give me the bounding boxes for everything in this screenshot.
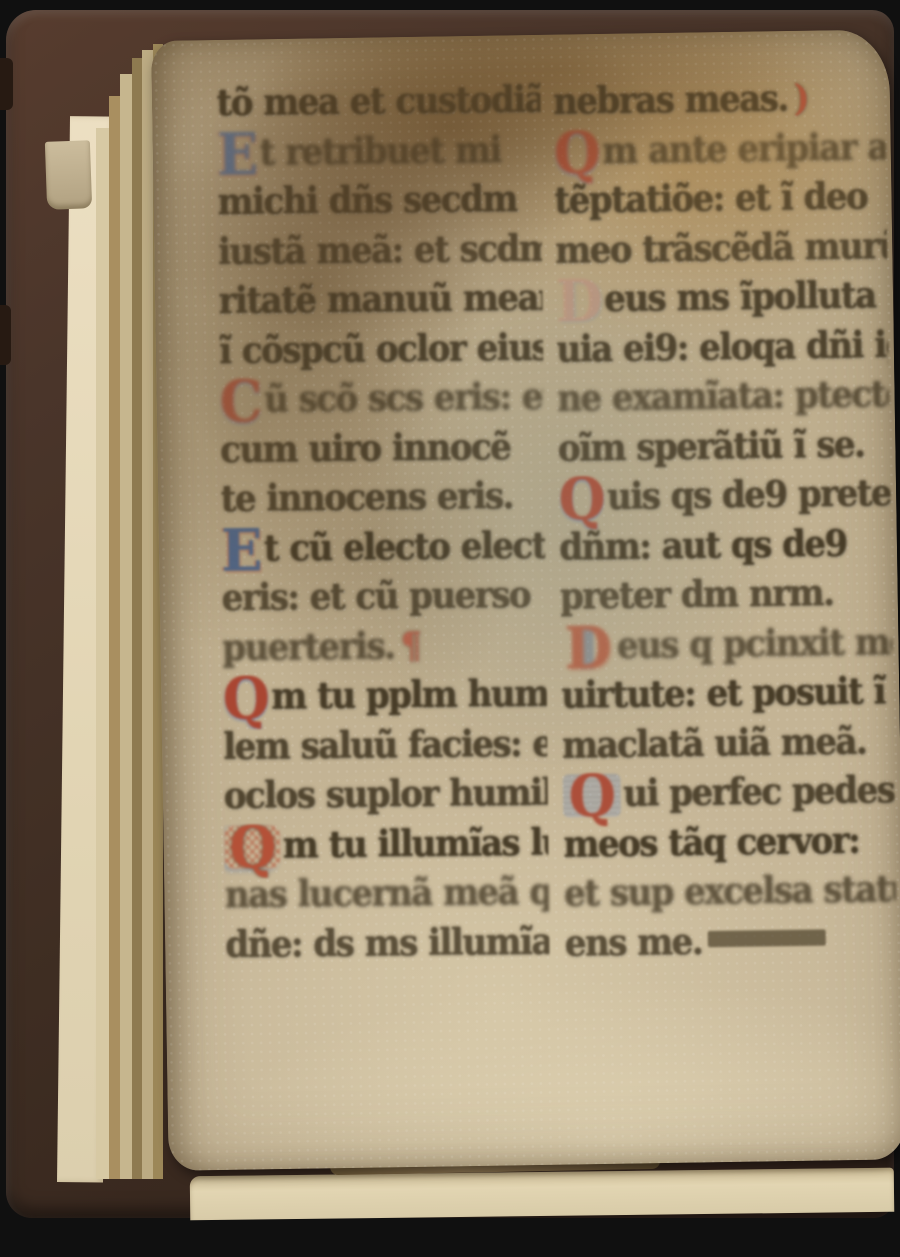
line-text: dñm: aut qs de9 bbox=[559, 522, 847, 569]
manuscript-line: te innocens eris. bbox=[220, 474, 545, 531]
line-end-mark: ¶ bbox=[400, 624, 421, 667]
line-text: dñe: ds ms illumĩa te bbox=[225, 920, 550, 967]
manuscript-line: lem saluũ facies: et bbox=[223, 722, 548, 779]
illuminated-initial-Q: Q bbox=[224, 825, 280, 869]
illuminated-initial-D: D bbox=[556, 279, 602, 323]
line-text: tẽptatiõe: et ĩ deo bbox=[554, 175, 867, 223]
line-text: tõ mea et custodiã bbox=[216, 78, 541, 125]
line-text: ui perfec pedes bbox=[623, 769, 895, 816]
line-text: uia ei9: eloqa dñi ig bbox=[556, 323, 889, 371]
manuscript-line: Qui perfec pedes bbox=[562, 769, 895, 827]
line-text: uis qs de9 preter bbox=[607, 472, 891, 519]
manuscript-line: ne examĩata: ptector bbox=[557, 373, 890, 431]
line-text: m tu illumĩas luc bbox=[283, 821, 549, 867]
line-text: meos tãq cervor: bbox=[563, 819, 859, 866]
illuminated-initial-C: C bbox=[219, 379, 261, 423]
line-text: uirtute: et posuit ĩ bbox=[561, 670, 885, 718]
manuscript-line: tõ mea et custodiã bbox=[216, 78, 541, 135]
line-text: eus q pcinxit me bbox=[617, 620, 893, 667]
line-text: nebras meas. bbox=[553, 77, 788, 123]
line-text: t cũ electo electus bbox=[264, 524, 546, 570]
line-text: ritatẽ manuũ mearũ bbox=[218, 276, 543, 323]
illuminated-initial-D: D bbox=[560, 625, 614, 669]
line-text: meo trãscẽdã murũ. bbox=[555, 224, 888, 272]
manuscript-line: ens me. bbox=[565, 917, 898, 975]
leaf-stack-edge bbox=[132, 58, 142, 1179]
line-text: preter dm nrm. bbox=[560, 571, 834, 618]
line-text: nas lucernã meã qm bbox=[225, 870, 550, 917]
illuminated-initial-Q: Q bbox=[558, 477, 604, 521]
line-text: et sup excelsa statu bbox=[564, 868, 897, 916]
leaf-stack-edge bbox=[109, 96, 120, 1179]
illuminated-initial-E: E bbox=[217, 132, 257, 176]
manuscript-line: puerteris.¶ bbox=[222, 623, 547, 680]
illuminated-initial-Q: Q bbox=[223, 676, 269, 720]
manuscript-line: Qm tu pplm humi bbox=[223, 672, 548, 729]
line-text: maclatã uiã meã. bbox=[562, 720, 867, 767]
parchment-tab bbox=[45, 140, 92, 210]
line-text: puerteris. bbox=[222, 624, 395, 669]
line-text: eus ms ĩpolluta bbox=[604, 274, 876, 321]
manuscript-line: dñe: ds ms illumĩa te bbox=[225, 920, 550, 977]
flyleaf-edge-bottom bbox=[190, 1168, 894, 1221]
line-text: m ante eripiar a bbox=[602, 125, 886, 172]
illuminated-initial-E: E bbox=[221, 528, 261, 572]
line-text: t retribuet mi bbox=[260, 128, 502, 174]
text-column-left: tõ mea et custodiãEt retribuet mimichi d… bbox=[216, 78, 549, 972]
manuscript-line: Quis qs de9 preter bbox=[558, 472, 891, 530]
manuscript-line: oclos suplor humilia bbox=[224, 771, 549, 828]
manuscript-line: Deus ms ĩpolluta bbox=[556, 274, 889, 332]
manuscript-line: nas lucernã meã qm bbox=[225, 870, 550, 927]
line-text: m tu pplm humi bbox=[271, 672, 547, 718]
line-text: ĩ cõspcũ oclor eius. bbox=[219, 326, 544, 373]
illuminated-initial-Q: Q bbox=[554, 130, 600, 174]
leaf-stack-edge bbox=[120, 74, 132, 1179]
photograph-of-bound-manuscript: tõ mea et custodiãEt retribuet mimichi d… bbox=[0, 0, 900, 1257]
manuscript-line: Et retribuet mi bbox=[217, 128, 542, 185]
line-text: ũ scõ scs eris: et bbox=[264, 375, 544, 421]
manuscript-line: et sup excelsa statu bbox=[564, 868, 897, 926]
manuscript-line: iustã meã: et scdm pu bbox=[218, 227, 543, 284]
text-column-right: nebras meas.)Qm ante eripiar atẽptatiõe:… bbox=[553, 76, 897, 972]
manuscript-line: ĩ cõspcũ oclor eius. bbox=[219, 326, 544, 383]
manuscript-line: cum uiro innocẽ bbox=[220, 425, 545, 482]
line-text: ne examĩata: ptector bbox=[557, 373, 890, 421]
line-end-mark: ) bbox=[793, 77, 808, 120]
line-text: iustã meã: et scdm pu bbox=[218, 227, 543, 274]
manuscript-line: nebras meas.) bbox=[553, 76, 886, 134]
line-text: ens me. bbox=[565, 920, 703, 965]
line-text: te innocens eris. bbox=[220, 475, 513, 521]
manuscript-line: Cũ scõ scs eris: et bbox=[219, 375, 544, 432]
manuscript-line: tẽptatiõe: et ĩ deo bbox=[554, 175, 887, 233]
manuscript-line: preter dm nrm. bbox=[560, 571, 893, 629]
line-text: eris: et cũ puerso bbox=[222, 573, 531, 619]
manuscript-line: ritatẽ manuũ mearũ) bbox=[218, 276, 543, 333]
illuminated-initial-Q: Q bbox=[562, 774, 620, 818]
line-text: lem saluũ facies: et bbox=[223, 722, 548, 769]
leaf-stack-edge bbox=[142, 50, 153, 1179]
binding-clasp-middle bbox=[0, 305, 11, 365]
binding-clasp-top bbox=[0, 58, 13, 110]
manuscript-line: uirtute: et posuit ĩ bbox=[561, 670, 894, 728]
manuscript-line: michi dñs secdm bbox=[217, 177, 542, 234]
line-end-mark bbox=[708, 929, 826, 947]
line-text: michi dñs secdm bbox=[217, 178, 517, 224]
line-text: oĩm sperãtiũ ĩ se. bbox=[558, 423, 865, 470]
manuscript-line: eris: et cũ puerso bbox=[222, 573, 547, 630]
line-text: cum uiro innocẽ bbox=[220, 425, 511, 471]
leaf-stack-edge bbox=[96, 128, 109, 1179]
manuscript-line: Et cũ electo electus bbox=[221, 524, 546, 581]
manuscript-line: Qm tu illumĩas luc bbox=[224, 821, 549, 878]
line-text: oclos suplor humilia bbox=[224, 771, 549, 818]
